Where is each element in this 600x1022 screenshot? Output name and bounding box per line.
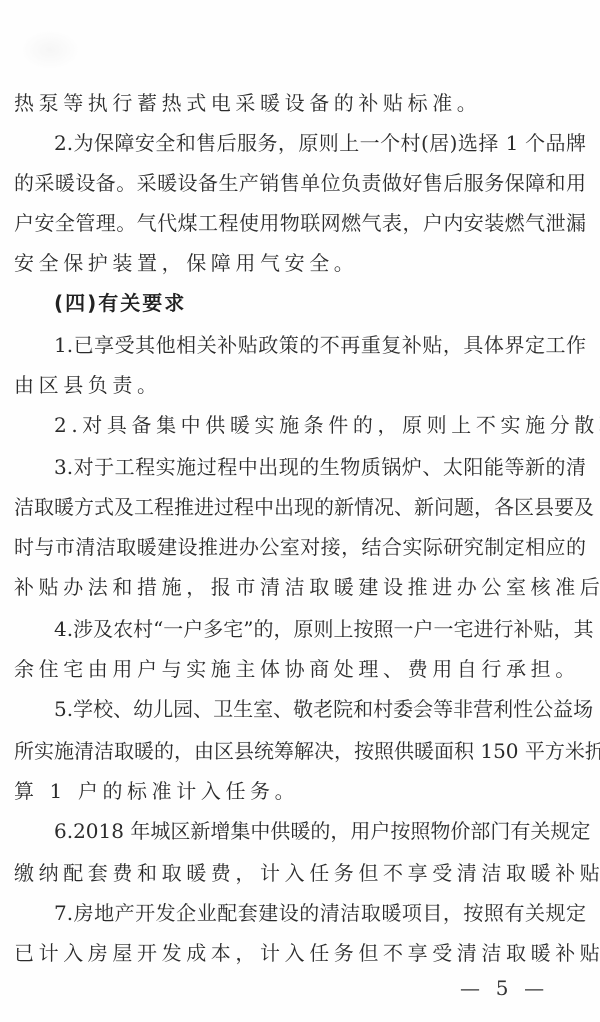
paragraph-line: 安全保护装置，保障用气安全。 [14,250,586,276]
paragraph-line: 1.已享受其他相关补贴政策的不再重复补贴，具体界定工作 [54,332,586,358]
paragraph-line: 余住宅由用户与实施主体协商处理、费用自行承担。 [14,656,586,682]
paragraph-line: 已计入房屋开发成本，计入任务但不享受清洁取暖补贴政策。 [14,940,586,966]
scan-artifact [20,30,80,70]
paragraph-line: 缴纳配套费和取暖费，计入任务但不享受清洁取暖补贴政策。 [14,860,586,886]
section-heading: (四)有关要求 [54,290,186,316]
paragraph-line: 所实施清洁取暖的，由区县统筹解决，按照供暖面积 150 平方米折 [14,738,586,764]
paragraph-line: 5.学校、幼儿园、卫生室、敬老院和村委会等非营利性公益场 [54,696,586,722]
paragraph-line: 的采暖设备。采暖设备生产销售单位负责做好售后服务保障和用 [14,170,586,196]
paragraph-line: 户安全管理。气代煤工程使用物联网燃气表，户内安装燃气泄漏 [14,210,586,236]
paragraph-line: 洁取暖方式及工程推进过程中出现的新情况、新问题，各区县要及 [14,494,586,520]
paragraph-line: 2.为保障安全和售后服务，原则上一个村(居)选择 1 个品牌 [54,130,586,156]
paragraph-line: 补贴办法和措施，报市清洁取暖建设推进办公室核准后实施。 [14,574,586,600]
paragraph-line: 7.房地产开发企业配套建设的清洁取暖项目，按照有关规定 [54,900,586,926]
paragraph-line: 6.2018 年城区新增集中供暖的，用户按照物价部门有关规定 [54,818,586,844]
paragraph-line: 2.对具备集中供暖实施条件的，原则上不实施分散取暖。 [54,412,586,438]
paragraph-line: 3.对于工程实施过程中出现的生物质锅炉、太阳能等新的清 [54,454,586,480]
page-number: — 5 — [460,975,545,1001]
paragraph-line: 由区县负责。 [14,372,586,398]
paragraph-line: 算 1 户的标准计入任务。 [14,778,586,804]
paragraph-line: 4.涉及农村“一户多宅”的，原则上按照一户一宅进行补贴，其 [54,616,586,642]
document-page: 热泵等执行蓄热式电采暖设备的补贴标准。 2.为保障安全和售后服务，原则上一个村(… [0,0,600,1022]
paragraph-line: 时与市清洁取暖建设推进办公室对接，结合实际研究制定相应的 [14,534,586,560]
paragraph-line: 热泵等执行蓄热式电采暖设备的补贴标准。 [14,90,586,116]
